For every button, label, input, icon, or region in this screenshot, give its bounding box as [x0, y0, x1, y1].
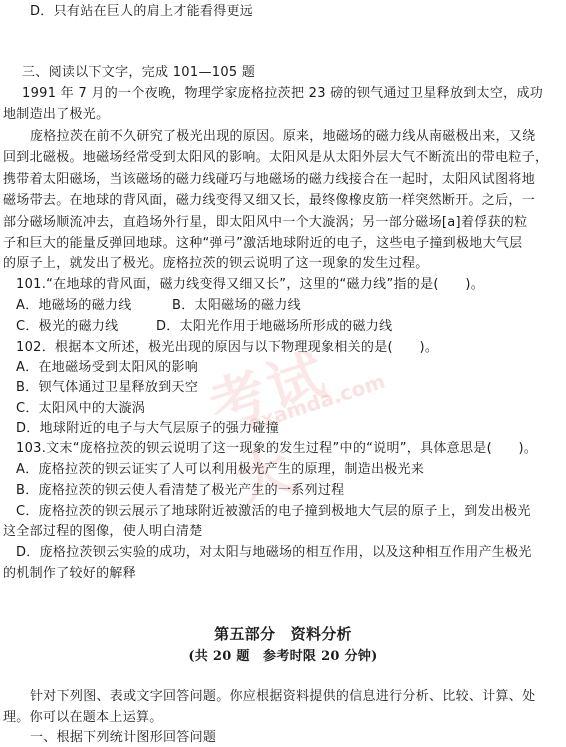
paragraph-line: 磁场带去。在地球的背风面，磁力线变得又细又长，最终像橡皮筋一样突然断开。之后，一 — [3, 193, 535, 209]
paragraph-line: 1991 年 7 月的一个夜晚，物理学家庞格拉茨把 23 磅的钡气通过卫星释放到… — [22, 86, 543, 102]
question-103-option-d: D．庞格拉茨钡云实验的成功，对太阳与地磁场的相互作用，以及这种相互作用产生极光 — [16, 545, 532, 561]
question-103-stem: 103.文末“庞格拉茨的钡云说明了这一现象的发生过程”中的“说明”，具体意思是(… — [16, 441, 537, 457]
question-101-option-c: C．极光的磁力线 — [16, 319, 118, 335]
question-103-option-d-cont: 的机制作了较好的解释 — [3, 566, 136, 582]
part-subtitle: (共 20 题 参考时限 20 分钟) — [0, 649, 566, 665]
paragraph-line: 子和巨大的能量反弹回地球。这种“弹弓”激活地球附近的电子，这些电子撞到极地大气层 — [3, 236, 522, 252]
section-heading: 三、阅读以下文字，完成 101—105 题 — [22, 65, 255, 81]
paragraph-line: 部分磁场顺流冲去，直趋场外行星，即太阳风中一个大漩涡；另一部分磁场[a]着俘获的… — [3, 215, 527, 231]
paragraph-line: 庞格拉茨在前不久研究了极光出现的原因。原来，地磁场的磁力线从南磁极出来，又绕 — [30, 129, 535, 145]
question-103-option-c: C．庞格拉茨的钡云展示了地球附近被激活的电子撞到极地大气层的原子上，到发出极光 — [16, 504, 531, 520]
question-101-option-a: A．地磁场的磁力线 — [16, 298, 132, 314]
intro-line: 理。你可以在题本上运算。 — [3, 710, 163, 726]
paragraph-line: 回到北磁极。地磁场经常受到太阳风的影响。太阳风是从太阳外层大气不断流出的带电粒子… — [3, 150, 548, 166]
question-103-option-a: A．庞格拉茨的钡云证实了人可以利用极光产生的原理，制造出极光来 — [16, 462, 424, 478]
intro-line: 针对下列图、表或文字回答问题。你应根据资料提供的信息进行分析、比较、计算、处 — [30, 689, 535, 705]
question-102-option-d: D．地球附近的电子与大气层原子的强力碰撞 — [16, 421, 279, 437]
question-102-option-a: A．在地磁场受到太阳风的影响 — [16, 360, 198, 376]
question-101-option-b: B．太阳磁场的磁力线 — [172, 298, 301, 314]
question-102-option-b: B．钡气体通过卫星释放到天空 — [16, 380, 198, 396]
paragraph-line: 地制造出了极光。 — [3, 107, 109, 123]
paragraph-line: 的原子上，就发出了极光。庞格拉茨的钡云说明了这一现象的发生过程。 — [3, 256, 429, 272]
question-101-stem: 101.“在地球的背风面，磁力线变得又细又长”，这里的“磁力线”指的是( )。 — [16, 277, 484, 293]
paragraph-line: 携带着太阳磁场，当该磁场的磁力线碰巧与地磁场的磁力线接合在一起时，太阳风试图将地 — [3, 172, 535, 188]
question-101-option-d: D．太阳光作用于地磁场所形成的磁力线 — [156, 319, 392, 335]
part-title: 第五部分 资料分析 — [0, 626, 566, 642]
question-102-option-c: C．太阳风中的大漩涡 — [16, 401, 145, 417]
previous-option-d: D．只有站在巨人的肩上才能看得更远 — [30, 4, 253, 20]
sub-heading: 一、根据下列统计图形回答问题 — [30, 730, 216, 746]
question-103-option-c-cont: 这全部过程的图像，使人明白清楚 — [3, 524, 203, 540]
question-102-stem: 102．根据本文所述，极光出现的原因与以下物理现象相关的是( )。 — [16, 340, 438, 356]
question-103-option-b: B．庞格拉茨的钡云使人看清楚了极光产生的一系列过程 — [16, 483, 344, 499]
